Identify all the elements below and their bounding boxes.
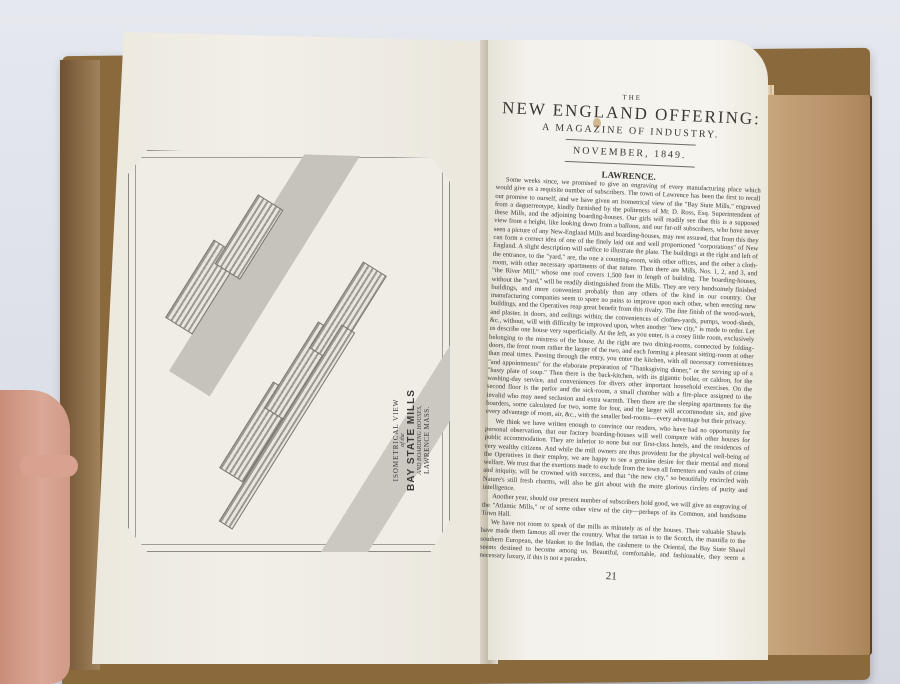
caption-line5: LAWRENCE MASS.: [423, 370, 431, 510]
divider: [565, 139, 695, 146]
caption-line1: ISOMETRICAL VIEW: [392, 370, 400, 510]
caption-title: BAY STATE MILLS: [406, 370, 417, 510]
article-paragraph: We think we have written enough to convi…: [482, 417, 750, 503]
article-paragraph: Some weeks since, we promised to give an…: [486, 176, 761, 428]
plate-caption: ISOMETRICAL VIEW of the BAY STATE MILLS …: [392, 370, 420, 510]
thumb: [20, 455, 78, 477]
hand: [0, 390, 70, 684]
issue-date: NOVEMBER, 1849.: [497, 142, 762, 165]
back-cover-board: [762, 95, 872, 655]
divider: [564, 161, 694, 168]
magazine-page-text: THE NEW ENGLAND OFFERING: A MAGAZINE OF …: [479, 88, 765, 588]
